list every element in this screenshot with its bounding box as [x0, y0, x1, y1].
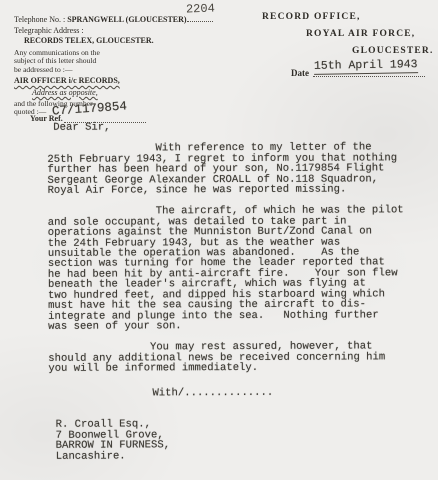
telephone-exchange: SPRANGWELL (GLOUCESTER) — [67, 15, 186, 24]
gloucester-line: GLOUCESTER. — [352, 46, 434, 56]
air-officer-records-line: AIR OFFICER i/c RECORDS, — [14, 76, 120, 85]
letter-page: Telephone No. : SPRANGWELL (GLOUCESTER) … — [0, 0, 438, 480]
date-label: Date — [291, 68, 309, 78]
address-as-opposite-line: Address as opposite, — [32, 88, 98, 97]
royal-air-force-line: ROYAL AIR FORCE, — [306, 29, 415, 39]
record-office-line: RECORD OFFICE, — [262, 12, 361, 22]
telephone-label: Telephone No. : — [14, 15, 65, 24]
telephone-line: Telephone No. : SPRANGWELL (GLOUCESTER) — [14, 13, 213, 24]
salutation: Dear Sir, — [53, 121, 429, 133]
communications-note: Any communications on the subject of thi… — [14, 49, 100, 74]
letter-body: Dear Sir, With reference to my letter of… — [47, 121, 430, 462]
paragraph-1: With reference to my letter of the 25th … — [47, 143, 429, 197]
telephone-number-handwritten: 2204 — [186, 2, 215, 17]
date-value: 15th April 1943 — [314, 58, 418, 75]
telegraphic-address-value: RECORDS TELEX, GLOUCESTER. — [24, 36, 154, 45]
paragraph-2: The aircraft, of which he was the pilot … — [48, 206, 431, 333]
recipient-address: R. Croall Esq., 7 Boonwell Grove, BARROW… — [56, 418, 431, 462]
telegraphic-address-label: Telegraphic Address : — [14, 26, 84, 35]
continuation-mark: With/.............. — [152, 387, 430, 399]
paragraph-3: You may rest assured, however, that shou… — [48, 341, 430, 374]
